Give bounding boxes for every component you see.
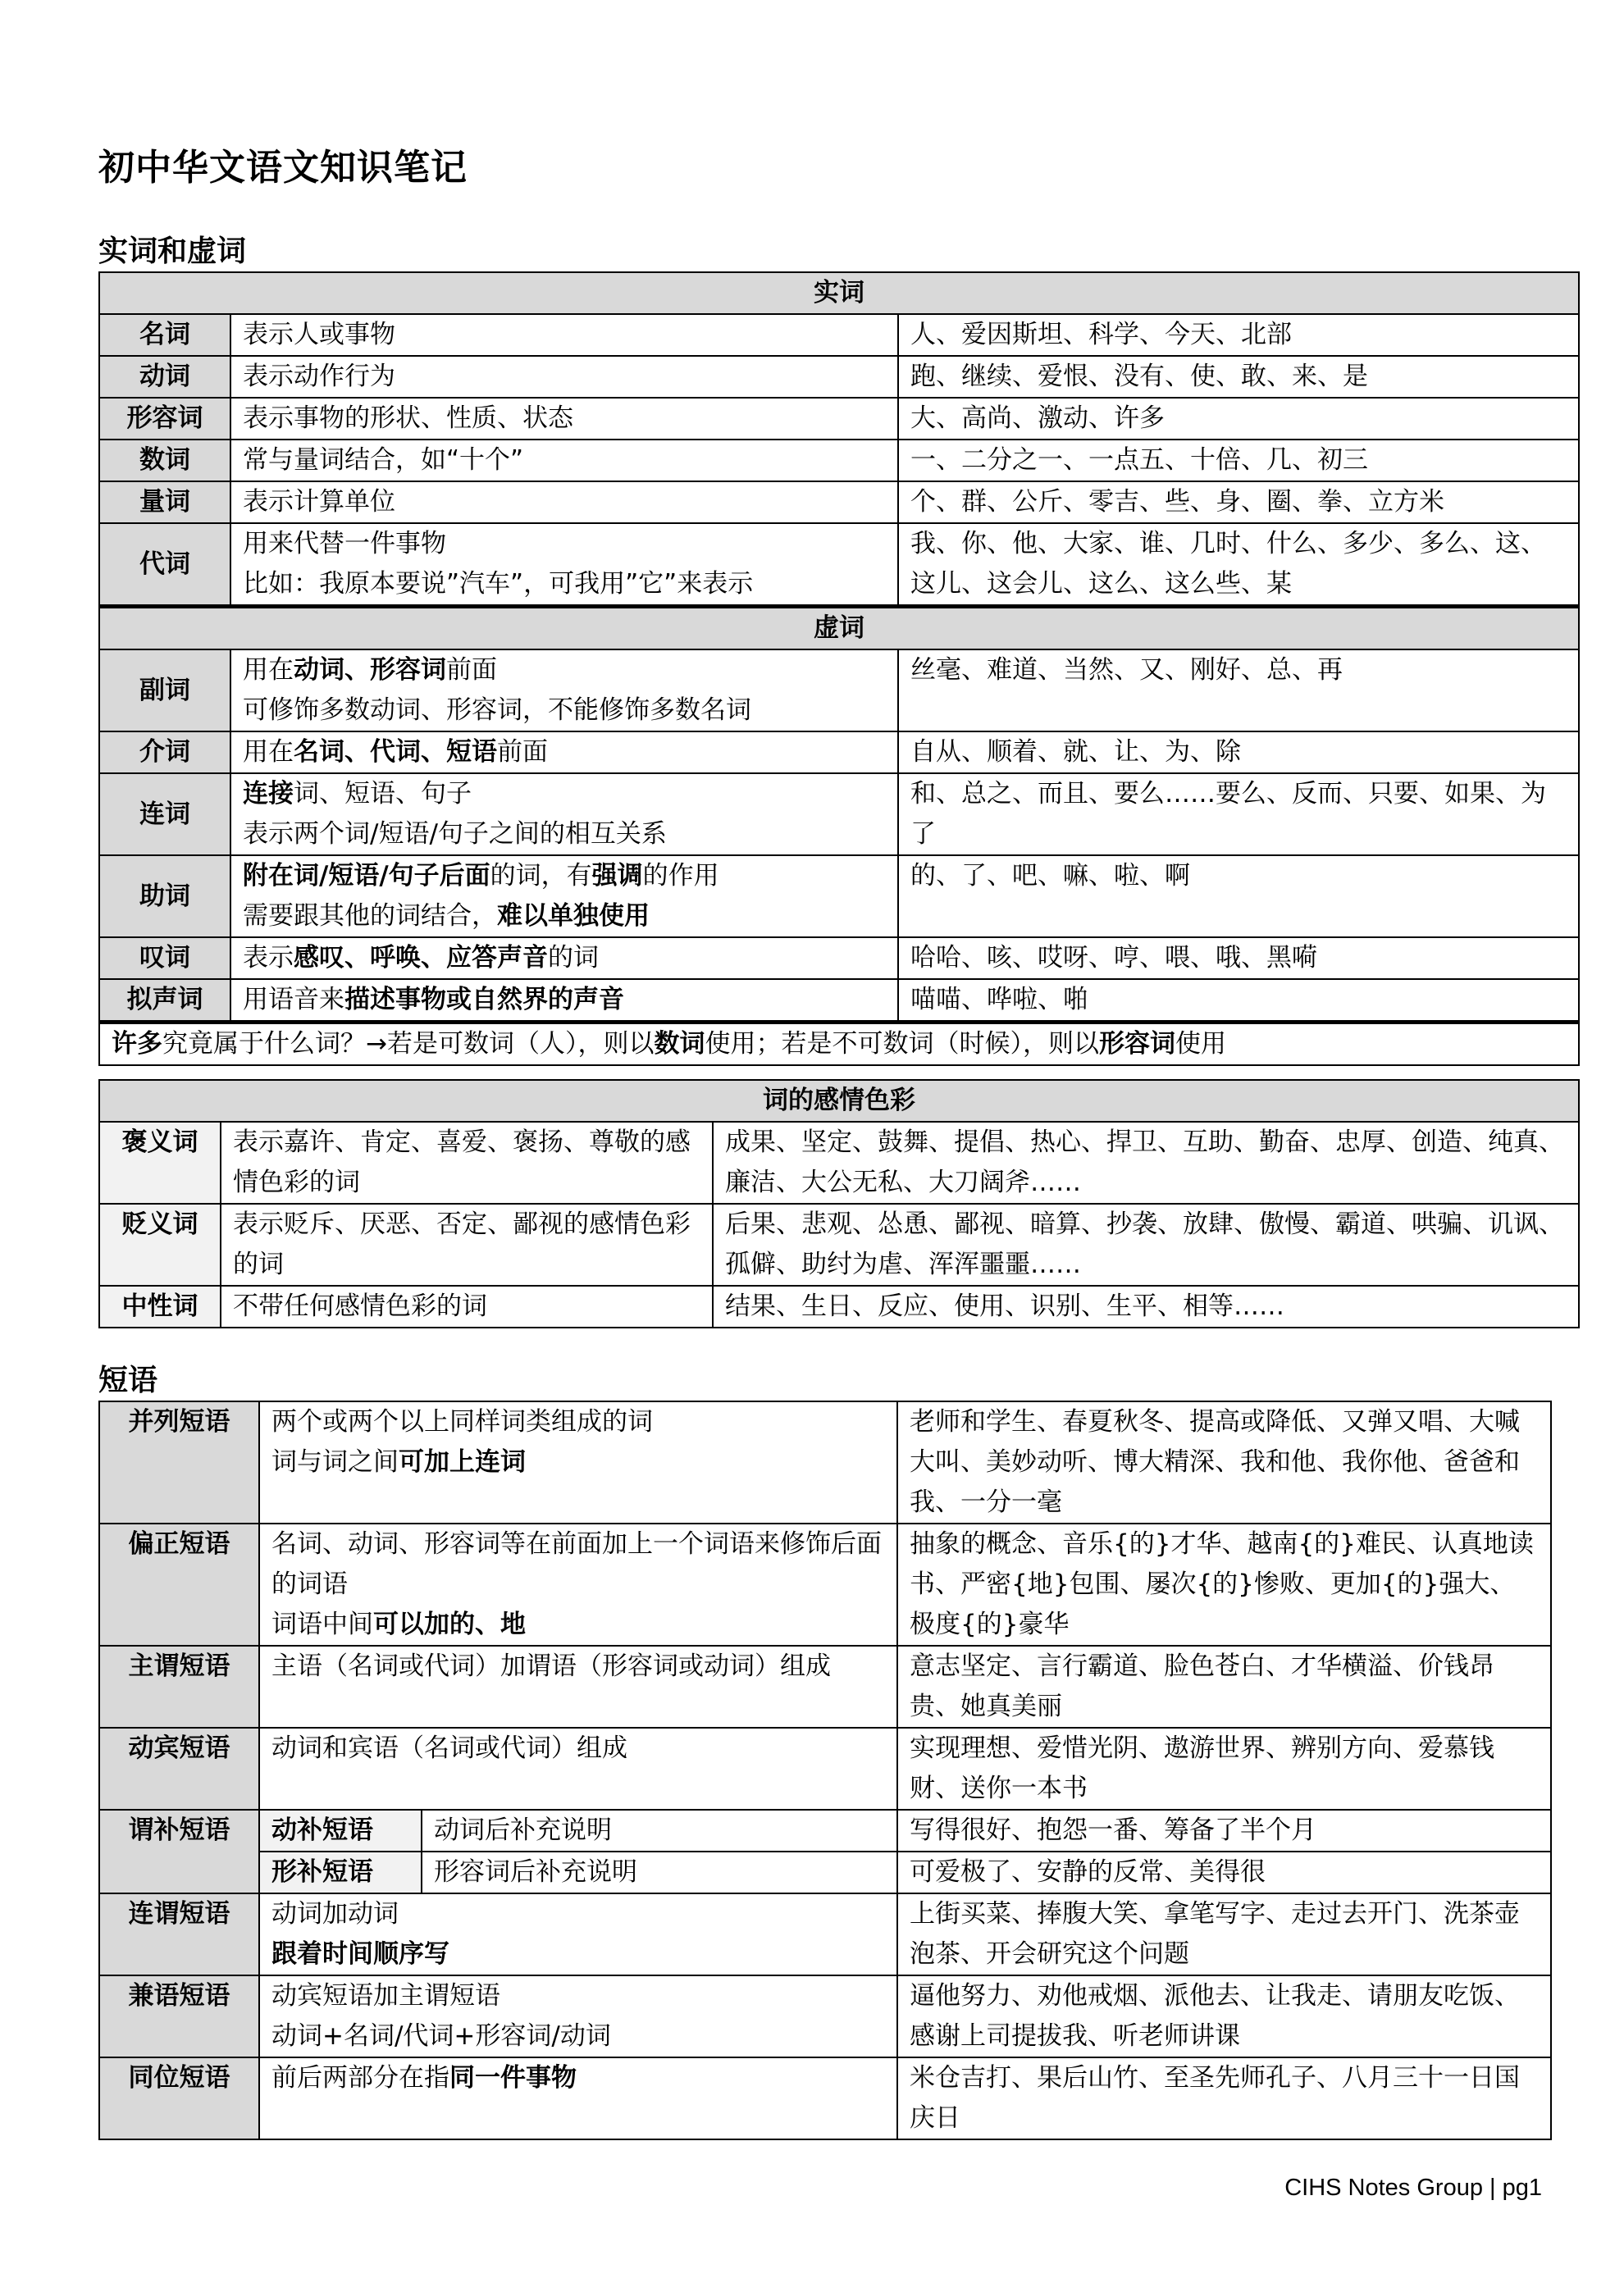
row-label: 偏正短语: [99, 1524, 259, 1646]
row-examples: 可爱极了、安静的反常、美得很: [897, 1852, 1551, 1893]
desc-line: 动宾短语加主谓短语: [271, 1976, 885, 2016]
row-desc: 表示动作行为: [230, 356, 898, 398]
table-row: 连词 连接词、短语、句子 表示两个词/短语/句子之间的相互关系 和、总之、而且、…: [99, 773, 1579, 855]
xuduo-note: 许多究竟属于什么词？→若是可数词（人），则以数词使用；若是不可数词（时候），则以…: [99, 1023, 1579, 1066]
bold-text: 跟着时间顺序写: [271, 1939, 449, 1969]
bold-text: 可加上连词: [399, 1447, 526, 1477]
section-heading-phrases: 短语: [98, 1357, 157, 1399]
row-examples: 上街买菜、捧腹大笑、拿笔写字、走过去开门、洗茶壶泡茶、开会研究这个问题: [897, 1893, 1551, 1975]
row-examples: 自从、顺着、就、让、为、除: [898, 731, 1579, 773]
row-desc: 连接词、短语、句子 表示两个词/短语/句子之间的相互关系: [230, 773, 898, 855]
xuci-header: 虚词: [99, 607, 1579, 650]
row-label: 谓补短语: [99, 1810, 259, 1893]
text: 用在: [243, 737, 294, 767]
parts-of-speech-table: 实词 名词 表示人或事物 人、爱因斯坦、科学、今天、北部 动词 表示动作行为 跑…: [98, 271, 1580, 1066]
bold-text: 连接: [243, 779, 294, 809]
row-examples: 逼他努力、劝他戒烟、派他去、让我走、请朋友吃饭、感谢上司提拔我、听老师讲课: [897, 1975, 1551, 2057]
row-desc: 用在名词、代词、短语前面: [230, 731, 898, 773]
row-examples: 成果、坚定、鼓舞、提倡、热心、捍卫、互助、勤奋、忠厚、创造、纯真、廉洁、大公无私…: [713, 1122, 1579, 1204]
text: 前后两部分在指: [271, 2063, 449, 2093]
row-examples: 后果、悲观、怂恿、鄙视、暗算、抄袭、放肆、傲慢、霸道、哄骗、讥讽、孤僻、助纣为虐…: [713, 1204, 1579, 1286]
row-examples: 一、二分之一、一点五、十倍、几、初三: [898, 440, 1579, 481]
desc-line: 比如：我原本要说”汽车”，可我用”它”来表示: [243, 564, 886, 604]
row-examples: 和、总之、而且、要么……要么、反而、只要、如果、为了: [898, 773, 1579, 855]
row-desc: 表示人或事物: [230, 314, 898, 356]
row-label: 名词: [99, 314, 230, 356]
text: 的词，有: [490, 861, 592, 891]
text: 用在: [243, 655, 294, 685]
text: 词、短语、句子: [294, 779, 472, 809]
desc-line: 词语中间可以加的、地: [271, 1605, 885, 1645]
row-label: 中性词: [99, 1286, 221, 1328]
table-row: 中性词 不带任何感情色彩的词 结果、生日、反应、使用、识别、生平、相等……: [99, 1286, 1579, 1328]
row-examples: 实现理想、爱惜光阴、遨游世界、辨别方向、爱慕钱财、送你一本书: [897, 1728, 1551, 1810]
sub-label: 形补短语: [259, 1852, 422, 1893]
desc-line: 表示两个词/短语/句子之间的相互关系: [243, 814, 886, 854]
row-desc: 表示贬斥、厌恶、否定、鄙视的感情色彩的词: [221, 1204, 713, 1286]
table-row: 副词 用在动词、形容词前面 可修饰多数动词、形容词，不能修饰多数名词 丝毫、难道…: [99, 649, 1579, 731]
page-footer: CIHS Notes Group | pg1: [1284, 2175, 1542, 2202]
text: 词与词之间: [271, 1447, 399, 1477]
row-desc: 用语音来描述事物或自然界的声音: [230, 979, 898, 1023]
desc-line: 动词加动词: [271, 1894, 885, 1934]
row-desc: 动词后补充说明: [422, 1810, 897, 1852]
bold-text: 强调: [592, 861, 643, 891]
row-examples: 老师和学生、春夏秋冬、提高或降低、又弹又唱、大喊大叫、美妙动听、博大精深、我和他…: [897, 1401, 1551, 1524]
desc-line: 可修饰多数动词、形容词，不能修饰多数名词: [243, 690, 886, 731]
desc-line: 跟着时间顺序写: [271, 1934, 885, 1975]
table-row: 同位短语 前后两部分在指同一件事物 米仓吉打、果后山竹、至圣先师孔子、八月三十一…: [99, 2057, 1551, 2139]
table-row: 偏正短语 名词、动词、形容词等在前面加上一个词语来修饰后面的词语 词语中间可以加…: [99, 1524, 1551, 1646]
shici-header: 实词: [99, 272, 1579, 314]
text: 前面: [446, 655, 497, 685]
bold-text: 形容词: [1099, 1029, 1175, 1059]
bold-text: 附在词/短语/句子后面: [243, 861, 490, 891]
row-desc: 表示嘉许、肯定、喜爱、褒扬、尊敬的感情色彩的词: [221, 1122, 713, 1204]
text: 用语音来: [243, 985, 344, 1014]
bold-text: 许多: [112, 1029, 162, 1059]
bold-text: 动词、形容词: [294, 655, 446, 685]
table-row: 介词 用在名词、代词、短语前面 自从、顺着、就、让、为、除: [99, 731, 1579, 773]
table-row: 量词 表示计算单位 个、群、公斤、零吉、些、身、圈、拳、立方米: [99, 481, 1579, 523]
table-row: 连谓短语 动词加动词 跟着时间顺序写 上街买菜、捧腹大笑、拿笔写字、走过去开门、…: [99, 1893, 1551, 1975]
desc-line: 需要跟其他的词结合，难以单独使用: [243, 896, 886, 936]
table-row: 代词 用来代替一件事物 比如：我原本要说”汽车”，可我用”它”来表示 我、你、他…: [99, 523, 1579, 607]
table-row: 叹词 表示感叹、呼唤、应答声音的词 哈哈、咳、哎呀、哼、喂、哦、黑嗬: [99, 937, 1579, 979]
row-label: 数词: [99, 440, 230, 481]
text: 需要跟其他的词结合，: [243, 901, 497, 931]
row-desc: 形容词后补充说明: [422, 1852, 897, 1893]
emotion-color-table: 词的感情色彩 褒义词 表示嘉许、肯定、喜爱、褒扬、尊敬的感情色彩的词 成果、坚定…: [98, 1079, 1580, 1328]
row-examples: 个、群、公斤、零吉、些、身、圈、拳、立方米: [898, 481, 1579, 523]
row-label: 助词: [99, 855, 230, 937]
row-desc: 主语（名词或代词）加谓语（形容词或动词）组成: [259, 1646, 897, 1728]
table-row: 拟声词 用语音来描述事物或自然界的声音 喵喵、哗啦、啪: [99, 979, 1579, 1023]
row-label: 褒义词: [99, 1122, 221, 1204]
row-examples: 大、高尚、激动、许多: [898, 398, 1579, 440]
row-desc: 常与量词结合，如“十个”: [230, 440, 898, 481]
bold-text: 描述事物或自然界的声音: [344, 985, 624, 1014]
bold-text: 名词、代词、短语: [294, 737, 497, 767]
desc-line: 名词、动词、形容词等在前面加上一个词语来修饰后面的词语: [271, 1524, 885, 1605]
table-row: 主谓短语 主语（名词或代词）加谓语（形容词或动词）组成 意志坚定、言行霸道、脸色…: [99, 1646, 1551, 1728]
table-row: 褒义词 表示嘉许、肯定、喜爱、褒扬、尊敬的感情色彩的词 成果、坚定、鼓舞、提倡、…: [99, 1122, 1579, 1204]
table-row: 形补短语 形容词后补充说明 可爱极了、安静的反常、美得很: [99, 1852, 1551, 1893]
table-row: 数词 常与量词结合，如“十个” 一、二分之一、一点五、十倍、几、初三: [99, 440, 1579, 481]
row-examples: 哈哈、咳、哎呀、哼、喂、哦、黑嗬: [898, 937, 1579, 979]
note-row: 许多究竟属于什么词？→若是可数词（人），则以数词使用；若是不可数词（时候），则以…: [99, 1023, 1579, 1066]
text: 的词: [548, 943, 599, 973]
row-label: 代词: [99, 523, 230, 607]
row-label: 并列短语: [99, 1401, 259, 1524]
desc-line: 连接词、短语、句子: [243, 774, 886, 814]
row-examples: 结果、生日、反应、使用、识别、生平、相等……: [713, 1286, 1579, 1328]
row-label: 动词: [99, 356, 230, 398]
table-row: 贬义词 表示贬斥、厌恶、否定、鄙视的感情色彩的词 后果、悲观、怂恿、鄙视、暗算、…: [99, 1204, 1579, 1286]
row-examples: 喵喵、哗啦、啪: [898, 979, 1579, 1023]
text: 的作用: [643, 861, 719, 891]
row-label: 主谓短语: [99, 1646, 259, 1728]
row-desc: 前后两部分在指同一件事物: [259, 2057, 897, 2139]
text: 表示: [243, 943, 294, 973]
bold-text: 可以加的、地: [373, 1610, 526, 1639]
row-examples: 的、了、吧、嘛、啦、啊: [898, 855, 1579, 937]
row-desc: 不带任何感情色彩的词: [221, 1286, 713, 1328]
row-examples: 写得很好、抱怨一番、筹备了半个月: [897, 1810, 1551, 1852]
row-label: 叹词: [99, 937, 230, 979]
table-row: 助词 附在词/短语/句子后面的词，有强调的作用 需要跟其他的词结合，难以单独使用…: [99, 855, 1579, 937]
phrases-table: 并列短语 两个或两个以上同样词类组成的词 词与词之间可加上连词 老师和学生、春夏…: [98, 1401, 1552, 2140]
row-examples: 米仓吉打、果后山竹、至圣先师孔子、八月三十一日国庆日: [897, 2057, 1551, 2139]
bold-text: 感叹、呼唤、应答声音: [294, 943, 548, 973]
row-label: 动宾短语: [99, 1728, 259, 1810]
desc-line: 附在词/短语/句子后面的词，有强调的作用: [243, 856, 886, 896]
row-desc: 动词和宾语（名词或代词）组成: [259, 1728, 897, 1810]
row-label: 兼语短语: [99, 1975, 259, 2057]
bold-text: 同一件事物: [449, 2063, 577, 2093]
row-examples: 跑、继续、爱恨、没有、使、敢、来、是: [898, 356, 1579, 398]
desc-line: 动词+名词/代词+形容词/动词: [271, 2016, 885, 2057]
row-desc: 附在词/短语/句子后面的词，有强调的作用 需要跟其他的词结合，难以单独使用: [230, 855, 898, 937]
table-row: 形容词 表示事物的形状、性质、状态 大、高尚、激动、许多: [99, 398, 1579, 440]
text: 词语中间: [271, 1610, 373, 1639]
table-row: 名词 表示人或事物 人、爱因斯坦、科学、今天、北部: [99, 314, 1579, 356]
row-desc: 用在动词、形容词前面 可修饰多数动词、形容词，不能修饰多数名词: [230, 649, 898, 731]
row-desc: 两个或两个以上同样词类组成的词 词与词之间可加上连词: [259, 1401, 897, 1524]
bold-text: 难以单独使用: [497, 901, 650, 931]
text: 前面: [497, 737, 548, 767]
table-row: 动宾短语 动词和宾语（名词或代词）组成 实现理想、爱惜光阴、遨游世界、辨别方向、…: [99, 1728, 1551, 1810]
row-desc: 用来代替一件事物 比如：我原本要说”汽车”，可我用”它”来表示: [230, 523, 898, 607]
row-label: 连谓短语: [99, 1893, 259, 1975]
table-row: 并列短语 两个或两个以上同样词类组成的词 词与词之间可加上连词 老师和学生、春夏…: [99, 1401, 1551, 1524]
row-desc: 动词加动词 跟着时间顺序写: [259, 1893, 897, 1975]
text: 使用: [1175, 1029, 1226, 1059]
row-desc: 名词、动词、形容词等在前面加上一个词语来修饰后面的词语 词语中间可以加的、地: [259, 1524, 897, 1646]
row-label: 连词: [99, 773, 230, 855]
row-label: 贬义词: [99, 1204, 221, 1286]
desc-line: 两个或两个以上同样词类组成的词: [271, 1402, 885, 1442]
row-desc: 表示计算单位: [230, 481, 898, 523]
row-desc: 动宾短语加主谓短语 动词+名词/代词+形容词/动词: [259, 1975, 897, 2057]
row-examples: 我、你、他、大家、谁、几时、什么、多少、多么、这、这儿、这会儿、这么、这么些、某: [898, 523, 1579, 607]
emotion-header: 词的感情色彩: [99, 1080, 1579, 1122]
text: 使用；若是不可数词（时候），则以: [705, 1029, 1099, 1059]
row-desc: 表示事物的形状、性质、状态: [230, 398, 898, 440]
row-examples: 人、爱因斯坦、科学、今天、北部: [898, 314, 1579, 356]
row-label: 副词: [99, 649, 230, 731]
row-label: 量词: [99, 481, 230, 523]
table-row: 谓补短语 动补短语 动词后补充说明 写得很好、抱怨一番、筹备了半个月: [99, 1810, 1551, 1852]
desc-line: 词与词之间可加上连词: [271, 1442, 885, 1483]
row-examples: 意志坚定、言行霸道、脸色苍白、才华横溢、价钱昂贵、她真美丽: [897, 1646, 1551, 1728]
text: 究竟属于什么词？→若是可数词（人），则以: [162, 1029, 654, 1059]
row-label: 介词: [99, 731, 230, 773]
table-row: 兼语短语 动宾短语加主谓短语 动词+名词/代词+形容词/动词 逼他努力、劝他戒烟…: [99, 1975, 1551, 2057]
row-label: 形容词: [99, 398, 230, 440]
bold-text: 数词: [654, 1029, 705, 1059]
row-examples: 抽象的概念、音乐{的}才华、越南{的}难民、认真地读书、严密{地}包围、屡次{的…: [897, 1524, 1551, 1646]
row-examples: 丝毫、难道、当然、又、刚好、总、再: [898, 649, 1579, 731]
desc-line: 用来代替一件事物: [243, 524, 886, 564]
row-desc: 表示感叹、呼唤、应答声音的词: [230, 937, 898, 979]
row-label: 同位短语: [99, 2057, 259, 2139]
desc-line: 用在动词、形容词前面: [243, 650, 886, 690]
sub-label: 动补短语: [259, 1810, 422, 1852]
page-title: 初中华文语文知识笔记: [98, 138, 468, 190]
table-row: 动词 表示动作行为 跑、继续、爱恨、没有、使、敢、来、是: [99, 356, 1579, 398]
row-label: 拟声词: [99, 979, 230, 1023]
section-heading-parts-of-speech: 实词和虚词: [98, 228, 246, 270]
